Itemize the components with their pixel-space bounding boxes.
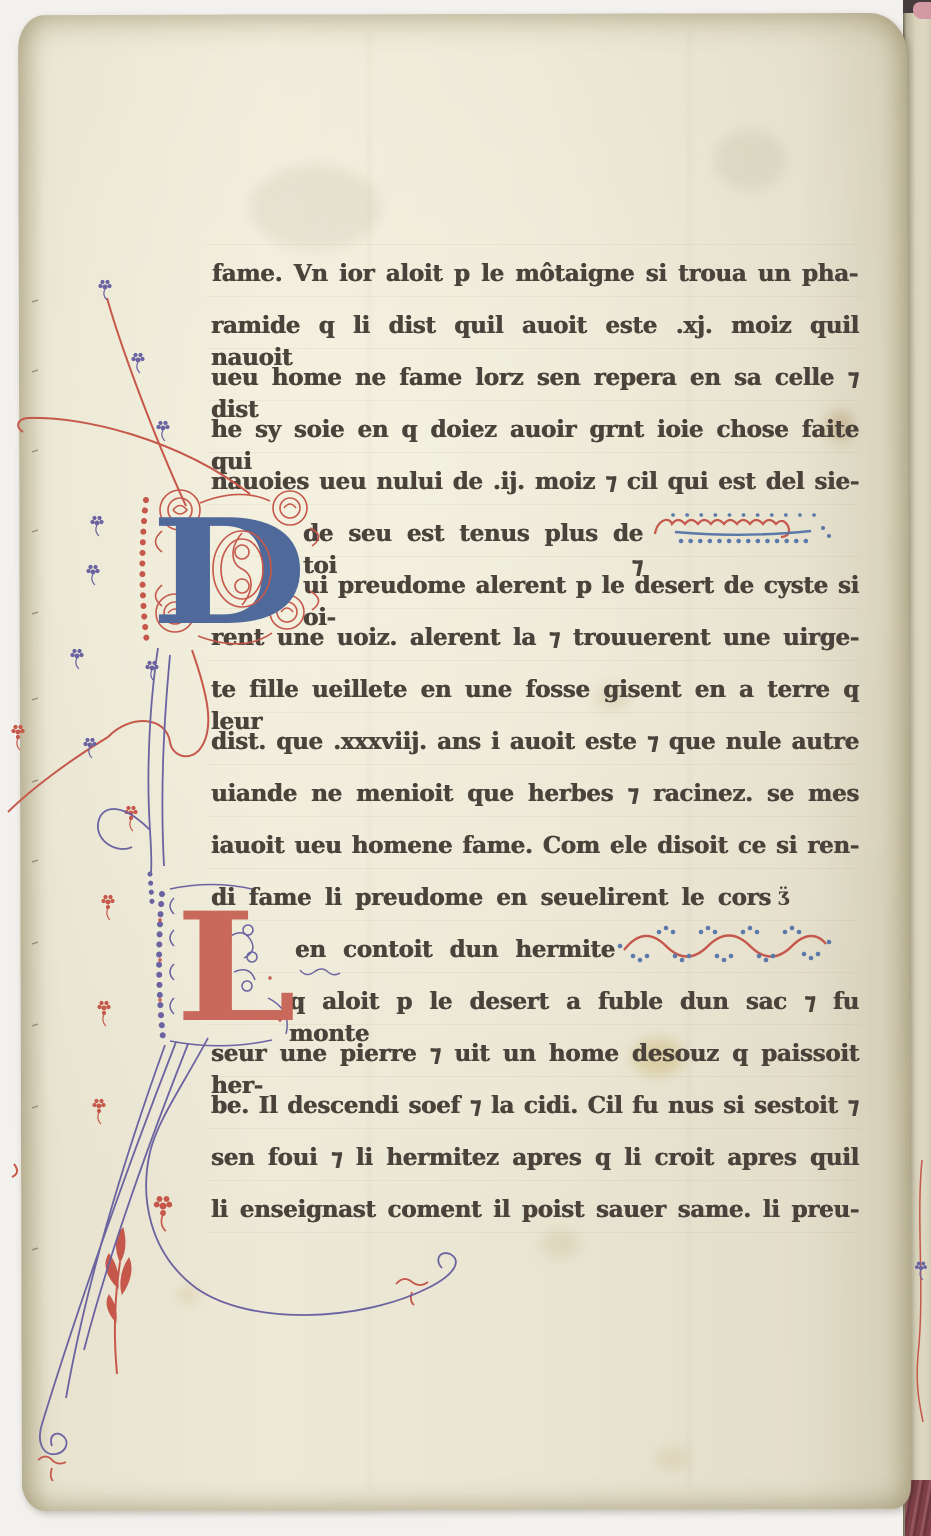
text-line: uiande ne menioit que herbes ⁊ racinez. …: [211, 778, 859, 810]
text-line: ueu home ne fame lorz sen repera en sa c…: [211, 362, 859, 394]
text-line: dist. que .xxxviij. ans i auoit este ⁊ q…: [211, 726, 859, 758]
stain: [656, 1448, 690, 1470]
text-line: be. Il descendi soef ⁊ la cidi. Cil fu n…: [211, 1090, 859, 1122]
text-line: ramide q li dist quil auoit este .xj. mo…: [211, 310, 859, 342]
text-line: ui preudome alerent p le desert de cyste…: [303, 570, 859, 602]
text-line: li enseignast coment il poist sauer same…: [211, 1194, 859, 1226]
text-line: seur une pierre ⁊ uit un home desouz q p…: [211, 1038, 859, 1070]
stain: [178, 1286, 198, 1304]
manuscript-photo: fame. Vn ior aloit p le môtaigne si trou…: [0, 0, 931, 1536]
stain: [250, 165, 380, 250]
text-line: nauoies ueu nului de .ij. moiz ⁊ cil qui…: [211, 466, 859, 498]
text-line: te fille ueillete en une fosse gisent en…: [211, 674, 859, 706]
text-line: he sy soie en q doiez auoir grnt ioie ch…: [211, 414, 859, 446]
stain: [715, 130, 785, 190]
text-line: de seu est tenus plus de toi ⁊: [303, 518, 643, 550]
text-line: rent une uoiz. alerent la ⁊ trouuerent u…: [211, 622, 859, 654]
stain: [540, 1230, 580, 1258]
text-line: q aloit p le desert a fuble dun sac ⁊ fu…: [289, 986, 859, 1018]
paragraph-end-mark: ʒ̈: [778, 884, 789, 906]
text-line: fame. Vn ior aloit p le môtaigne si trou…: [212, 258, 858, 290]
text-line: en contoit dun hermite: [295, 934, 615, 966]
text-line: di fame li preudome en seuelirent le cor…: [211, 882, 771, 914]
headband: [913, 2, 931, 19]
text-line: iauoit ueu homene fame. Com ele disoit c…: [211, 830, 859, 862]
text-line: sen foui ⁊ li hermitez apres q li croit …: [211, 1142, 859, 1174]
